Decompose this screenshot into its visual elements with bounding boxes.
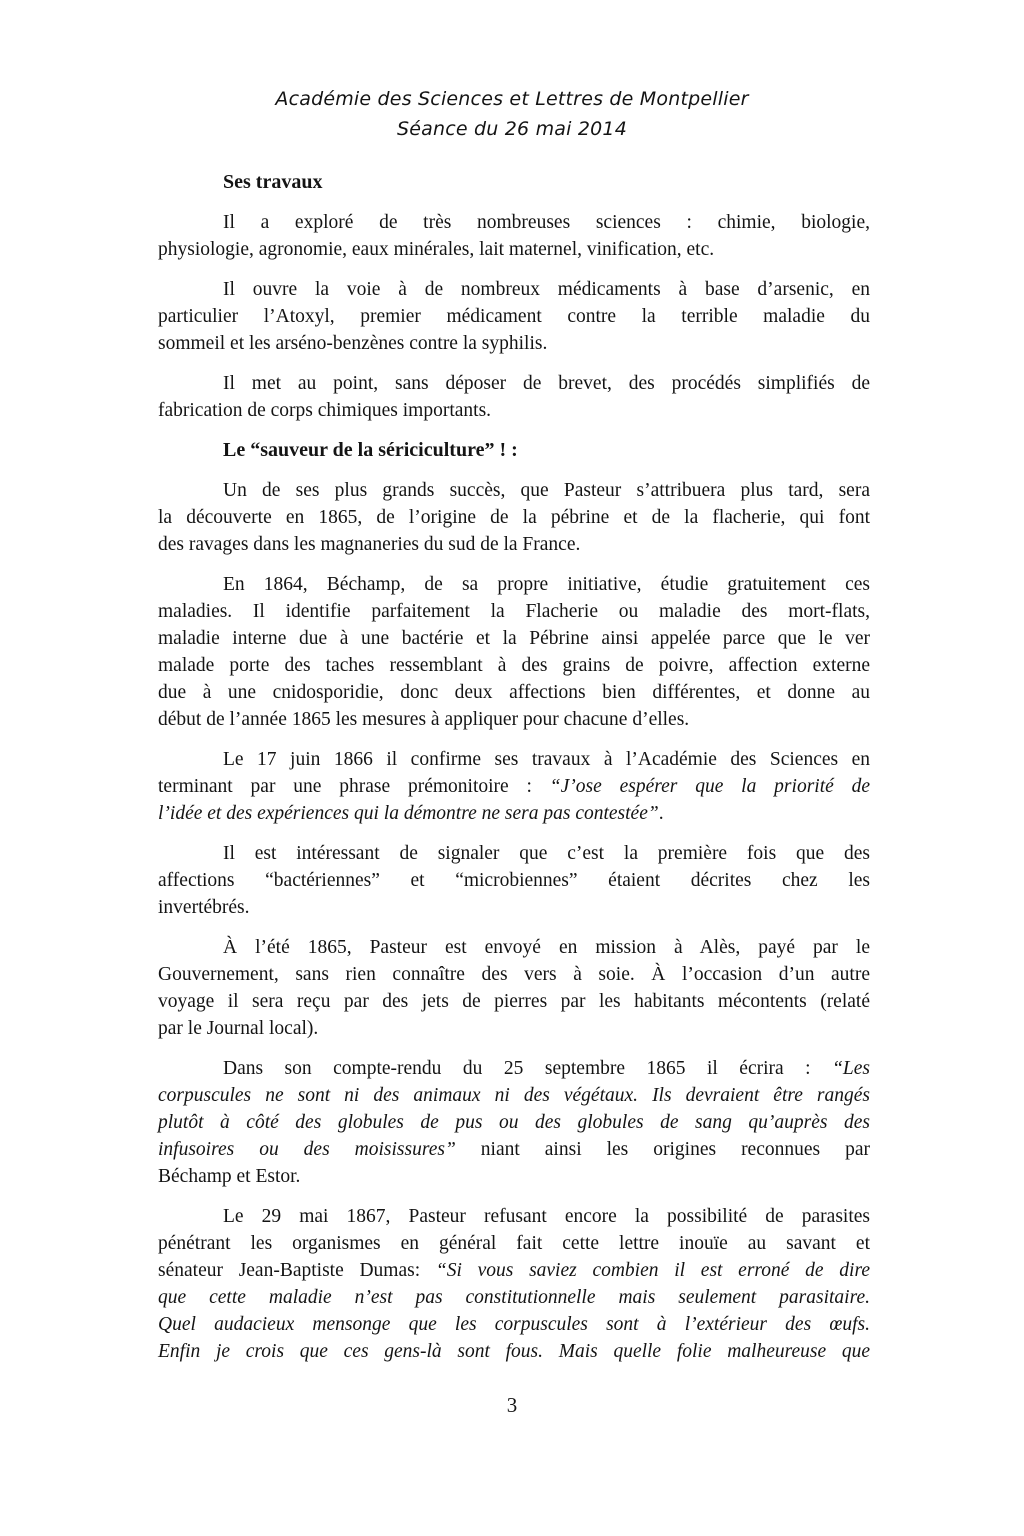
paragraph: Il met au point, sans déposer de brevet,… (158, 370, 870, 424)
document-page: Académie des Sciences et Lettres de Mont… (0, 0, 1024, 1536)
paragraph-line: Un de ses plus grands succès, que Pasteu… (158, 477, 870, 504)
paragraph-line: sénateur Jean-Baptiste Dumas: “Si vous s… (158, 1257, 870, 1284)
paragraph-line: Gouvernement, sans rien connaître des ve… (158, 961, 870, 988)
paragraph-line: fabrication de corps chimiques important… (158, 397, 870, 424)
paragraph-line: début de l’année 1865 les mesures à appl… (158, 706, 870, 733)
paragraph-line: que cette maladie n’est pas constitution… (158, 1284, 870, 1311)
paragraph-line: Béchamp et Estor. (158, 1163, 870, 1190)
paragraph: Un de ses plus grands succès, que Pasteu… (158, 477, 870, 558)
paragraph-line: infusoires ou des moisissures” niant ain… (158, 1136, 870, 1163)
paragraph-line: l’idée et des expériences qui la démontr… (158, 800, 870, 827)
paragraph-line: physiologie, agronomie, eaux minérales, … (158, 236, 870, 263)
paragraph-line: terminant par une phrase prémonitoire : … (158, 773, 870, 800)
paragraph-line: Enfin je crois que ces gens-là sont fous… (158, 1338, 870, 1365)
section-heading: Ses travaux (223, 169, 870, 196)
paragraph-line: Dans son compte-rendu du 25 septembre 18… (158, 1055, 870, 1082)
paragraph-line: la découverte en 1865, de l’origine de l… (158, 504, 870, 531)
paragraph-line: Quel audacieux mensonge que les corpuscu… (158, 1311, 870, 1338)
paragraph-line: par le Journal local). (158, 1015, 870, 1042)
header-session-date: Séance du 26 mai 2014 (0, 114, 1024, 144)
paragraph: Il ouvre la voie à de nombreux médicamen… (158, 276, 870, 357)
paragraph-line: maladies. Il identifie parfaitement la F… (158, 598, 870, 625)
document-content: Ses travauxIl a exploré de très nombreus… (158, 169, 870, 1365)
paragraph: En 1864, Béchamp, de sa propre initiativ… (158, 571, 870, 733)
paragraph: Le 17 juin 1866 il confirme ses travaux … (158, 746, 870, 827)
header-title: Académie des Sciences et Lettres de Mont… (0, 84, 1024, 114)
paragraph-line: Le 17 juin 1866 il confirme ses travaux … (158, 746, 870, 773)
paragraph-line: maladie interne due à une bactérie et la… (158, 625, 870, 652)
section-heading: Le “sauveur de la sériciculture” ! : (223, 437, 870, 464)
paragraph-line: corpuscules ne sont ni des animaux ni de… (158, 1082, 870, 1109)
paragraph-line: sommeil et les arséno-benzènes contre la… (158, 330, 870, 357)
paragraph-line: Il est intéressant de signaler que c’est… (158, 840, 870, 867)
paragraph-line: Il ouvre la voie à de nombreux médicamen… (158, 276, 870, 303)
page-number: 3 (0, 1393, 1024, 1418)
paragraph-line: voyage il sera reçu par des jets de pier… (158, 988, 870, 1015)
paragraph-line: des ravages dans les magnaneries du sud … (158, 531, 870, 558)
paragraph-line: Il met au point, sans déposer de brevet,… (158, 370, 870, 397)
paragraph-line: particulier l’Atoxyl, premier médicament… (158, 303, 870, 330)
paragraph-line: Le 29 mai 1867, Pasteur refusant encore … (158, 1203, 870, 1230)
paragraph: Il a exploré de très nombreuses sciences… (158, 209, 870, 263)
paragraph-line: pénétrant les organismes en général fait… (158, 1230, 870, 1257)
paragraph-line: invertébrés. (158, 894, 870, 921)
paragraph-line: due à une cnidosporidie, donc deux affec… (158, 679, 870, 706)
document-header: Académie des Sciences et Lettres de Mont… (0, 0, 1024, 144)
paragraph-line: À l’été 1865, Pasteur est envoyé en miss… (158, 934, 870, 961)
paragraph-line: plutôt à côté des globules de pus ou des… (158, 1109, 870, 1136)
paragraph-line: affections “bactériennes” et “microbienn… (158, 867, 870, 894)
paragraph: Le 29 mai 1867, Pasteur refusant encore … (158, 1203, 870, 1365)
paragraph: À l’été 1865, Pasteur est envoyé en miss… (158, 934, 870, 1042)
paragraph-line: Il a exploré de très nombreuses sciences… (158, 209, 870, 236)
paragraph-line: En 1864, Béchamp, de sa propre initiativ… (158, 571, 870, 598)
paragraph-line: malade porte des taches ressemblant à de… (158, 652, 870, 679)
paragraph: Il est intéressant de signaler que c’est… (158, 840, 870, 921)
paragraph: Dans son compte-rendu du 25 septembre 18… (158, 1055, 870, 1190)
